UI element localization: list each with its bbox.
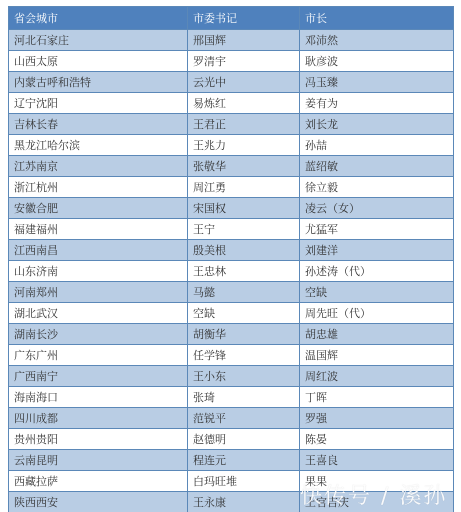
table-row: 黑龙江哈尔滨王兆力孙喆 bbox=[9, 135, 454, 156]
cell-secretary: 赵德明 bbox=[188, 429, 300, 450]
table-row: 山东济南王忠林孙述涛（代） bbox=[9, 261, 454, 282]
cell-mayor: 徐立毅 bbox=[300, 177, 454, 198]
cell-secretary: 周江勇 bbox=[188, 177, 300, 198]
cell-secretary: 胡衡华 bbox=[188, 324, 300, 345]
cell-secretary: 王小东 bbox=[188, 366, 300, 387]
cell-mayor: 罗强 bbox=[300, 408, 454, 429]
cell-city: 云南昆明 bbox=[9, 450, 188, 471]
cell-secretary: 王宁 bbox=[188, 219, 300, 240]
cell-mayor: 邓沛然 bbox=[300, 30, 454, 51]
cell-secretary: 范锐平 bbox=[188, 408, 300, 429]
cell-secretary: 王兆力 bbox=[188, 135, 300, 156]
cell-city: 广东广州 bbox=[9, 345, 188, 366]
cell-city: 山东济南 bbox=[9, 261, 188, 282]
cell-city: 吉林长春 bbox=[9, 114, 188, 135]
table-row: 江西南昌殷美根刘建洋 bbox=[9, 240, 454, 261]
table-row: 江苏南京张敬华蓝绍敏 bbox=[9, 156, 454, 177]
cell-mayor: 凌云（女） bbox=[300, 198, 454, 219]
table-row: 云南昆明程连元王喜良 bbox=[9, 450, 454, 471]
cell-city: 河南郑州 bbox=[9, 282, 188, 303]
cell-secretary: 云光中 bbox=[188, 72, 300, 93]
cell-secretary: 空缺 bbox=[188, 303, 300, 324]
cell-mayor: 胡忠雄 bbox=[300, 324, 454, 345]
cell-city: 江西南昌 bbox=[9, 240, 188, 261]
table-row: 辽宁沈阳易炼红姜有为 bbox=[9, 93, 454, 114]
cell-secretary: 白玛旺堆 bbox=[188, 471, 300, 492]
cell-city: 辽宁沈阳 bbox=[9, 93, 188, 114]
cell-city: 黑龙江哈尔滨 bbox=[9, 135, 188, 156]
cell-city: 四川成都 bbox=[9, 408, 188, 429]
cell-city: 江苏南京 bbox=[9, 156, 188, 177]
table-row: 海南海口张琦丁晖 bbox=[9, 387, 454, 408]
cell-city: 陕西西安 bbox=[9, 492, 188, 512]
header-city: 省会城市 bbox=[9, 7, 188, 30]
cell-mayor: 王喜良 bbox=[300, 450, 454, 471]
cell-mayor: 周先旺（代） bbox=[300, 303, 454, 324]
cell-mayor: 蓝绍敏 bbox=[300, 156, 454, 177]
header-mayor: 市长 bbox=[300, 7, 454, 30]
cell-city: 贵州贵阳 bbox=[9, 429, 188, 450]
table-row: 浙江杭州周江勇徐立毅 bbox=[9, 177, 454, 198]
cell-mayor: 陈晏 bbox=[300, 429, 454, 450]
table-row: 湖北武汉空缺周先旺（代） bbox=[9, 303, 454, 324]
table-row: 广西南宁王小东周红波 bbox=[9, 366, 454, 387]
watermark: 快传号 / 溪孙 bbox=[300, 479, 447, 510]
cell-mayor: 尤猛军 bbox=[300, 219, 454, 240]
cell-city: 浙江杭州 bbox=[9, 177, 188, 198]
cell-secretary: 宋国权 bbox=[188, 198, 300, 219]
table-row: 福建福州王宁尤猛军 bbox=[9, 219, 454, 240]
cell-mayor: 冯玉臻 bbox=[300, 72, 454, 93]
cell-city: 广西南宁 bbox=[9, 366, 188, 387]
header-secretary: 市委书记 bbox=[188, 7, 300, 30]
table-row: 内蒙古呼和浩特云光中冯玉臻 bbox=[9, 72, 454, 93]
cell-secretary: 邢国辉 bbox=[188, 30, 300, 51]
cell-mayor: 姜有为 bbox=[300, 93, 454, 114]
cell-secretary: 罗清宇 bbox=[188, 51, 300, 72]
table-row: 安徽合肥宋国权凌云（女） bbox=[9, 198, 454, 219]
table-row: 河北石家庄邢国辉邓沛然 bbox=[9, 30, 454, 51]
cell-mayor: 刘长龙 bbox=[300, 114, 454, 135]
cell-city: 福建福州 bbox=[9, 219, 188, 240]
capital-city-leaders-table: 省会城市 市委书记 市长 河北石家庄邢国辉邓沛然山西太原罗清宇耿彦波内蒙古呼和浩… bbox=[8, 6, 454, 512]
cell-city: 海南海口 bbox=[9, 387, 188, 408]
table-row: 吉林长春王君正刘长龙 bbox=[9, 114, 454, 135]
cell-secretary: 王永康 bbox=[188, 492, 300, 512]
cell-mayor: 丁晖 bbox=[300, 387, 454, 408]
table-row: 河南郑州马懿空缺 bbox=[9, 282, 454, 303]
table-body: 河北石家庄邢国辉邓沛然山西太原罗清宇耿彦波内蒙古呼和浩特云光中冯玉臻辽宁沈阳易炼… bbox=[9, 30, 454, 512]
table-header-row: 省会城市 市委书记 市长 bbox=[9, 7, 454, 30]
cell-city: 河北石家庄 bbox=[9, 30, 188, 51]
cell-mayor: 空缺 bbox=[300, 282, 454, 303]
cell-mayor: 孙喆 bbox=[300, 135, 454, 156]
cell-mayor: 温国辉 bbox=[300, 345, 454, 366]
cell-city: 山西太原 bbox=[9, 51, 188, 72]
table-row: 四川成都范锐平罗强 bbox=[9, 408, 454, 429]
cell-secretary: 殷美根 bbox=[188, 240, 300, 261]
table-row: 贵州贵阳赵德明陈晏 bbox=[9, 429, 454, 450]
cell-secretary: 王君正 bbox=[188, 114, 300, 135]
table-row: 湖南长沙胡衡华胡忠雄 bbox=[9, 324, 454, 345]
table-row: 山西太原罗清宇耿彦波 bbox=[9, 51, 454, 72]
cell-secretary: 马懿 bbox=[188, 282, 300, 303]
cell-secretary: 张敬华 bbox=[188, 156, 300, 177]
cell-secretary: 任学锋 bbox=[188, 345, 300, 366]
cell-city: 湖南长沙 bbox=[9, 324, 188, 345]
cell-secretary: 张琦 bbox=[188, 387, 300, 408]
cell-mayor: 周红波 bbox=[300, 366, 454, 387]
cell-mayor: 耿彦波 bbox=[300, 51, 454, 72]
cell-secretary: 王忠林 bbox=[188, 261, 300, 282]
table-row: 广东广州任学锋温国辉 bbox=[9, 345, 454, 366]
cell-secretary: 易炼红 bbox=[188, 93, 300, 114]
cell-mayor: 孙述涛（代） bbox=[300, 261, 454, 282]
cell-city: 西藏拉萨 bbox=[9, 471, 188, 492]
cell-city: 安徽合肥 bbox=[9, 198, 188, 219]
cell-secretary: 程连元 bbox=[188, 450, 300, 471]
cell-mayor: 刘建洋 bbox=[300, 240, 454, 261]
cell-city: 湖北武汉 bbox=[9, 303, 188, 324]
cell-city: 内蒙古呼和浩特 bbox=[9, 72, 188, 93]
